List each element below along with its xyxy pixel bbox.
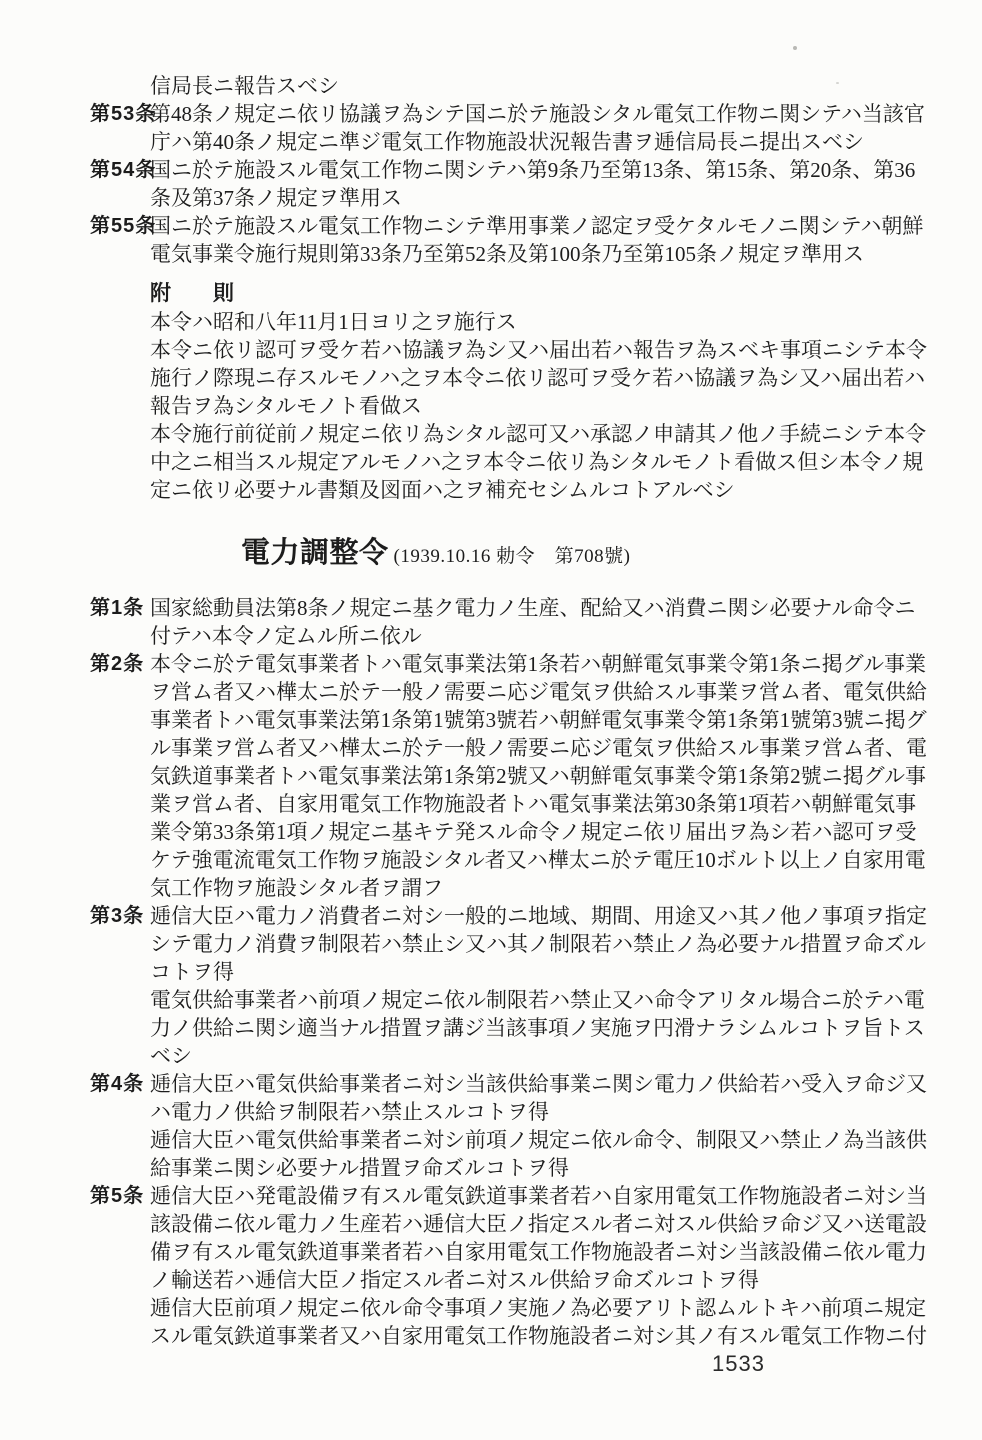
text-line: 庁ハ第40条ノ規定ニ準ジ電気工作物施設状況報告書ヲ逓信局長ニ提出スベシ	[150, 128, 982, 156]
scan-speck	[836, 82, 839, 84]
article-body: 逓信大臣ハ電力ノ消費者ニ対シ一般的ニ地域、期間、用途又ハ其ノ他ノ事項ヲ指定シテ電…	[150, 902, 982, 1070]
article-body: 国ニ於テ施設スル電気工作物ニシテ準用事業ノ認定ヲ受ケタルモノニ関シテハ朝鮮電気事…	[150, 212, 982, 268]
text-line: 気鉄道事業者トハ電気事業法第1条第2號又ハ朝鮮電気事業令第1条第2號ニ掲グル事	[150, 762, 982, 790]
article-body: 国ニ於テ施設スル電気工作物ニ関シテハ第9条乃至第13条、第15条、第20条、第3…	[150, 156, 982, 212]
text-line: 力ノ供給ニ関シ適当ナル措置ヲ講ジ当該事項ノ実施ヲ円滑ナラシムルコトヲ旨トス	[150, 1014, 982, 1042]
text-line: 業ヲ営ム者、自家用電気工作物施設者トハ電気事業法第30条第1項若ハ朝鮮電気事	[150, 790, 982, 818]
text-line: 電気供給事業者ハ前項ノ規定ニ依ル制限若ハ禁止又ハ命令アリタル場合ニ於テハ電	[150, 986, 982, 1014]
supplement-section: 附 則 本令ハ昭和八年11月1日ヨリ之ヲ施行ス本令ニ依リ認可ヲ受ケ若ハ協議ヲ為シ…	[0, 280, 982, 504]
article-label: 第55条	[90, 212, 156, 240]
text-line: 逓信大臣ハ電気供給事業者ニ対シ当該供給事業ニ関シ電力ノ供給若ハ受入ヲ命ジ又	[150, 1070, 982, 1098]
text-line: 本令ハ昭和八年11月1日ヨリ之ヲ施行ス	[150, 308, 982, 336]
text-line: 逓信大臣ハ発電設備ヲ有スル電気鉄道事業者若ハ自家用電気工作物施設者ニ対シ当	[150, 1182, 982, 1210]
text-line: 備ヲ有スル電気鉄道事業者若ハ自家用電気工作物施設者ニ対シ当該設備ニ依ル電力	[150, 1238, 982, 1266]
article-label: 第53条	[90, 100, 156, 128]
article-label: 第3条	[90, 902, 144, 930]
article: 第55条国ニ於テ施設スル電気工作物ニシテ準用事業ノ認定ヲ受ケタルモノニ関シテハ朝…	[0, 212, 982, 268]
text-line: 中之ニ相当スル規定アルモノハ之ヲ本令ニ依リ為シタルモノト看做ス但シ本令ノ規	[150, 448, 982, 476]
text-line: 報告ヲ為シタルモノト看做ス	[150, 392, 982, 420]
article: 第3条逓信大臣ハ電力ノ消費者ニ対シ一般的ニ地域、期間、用途又ハ其ノ他ノ事項ヲ指定…	[0, 902, 982, 1070]
text-line: 給事業ニ関シ必要ナル措置ヲ命ズルコトヲ得	[150, 1154, 982, 1182]
text-line: 該設備ニ依ル電力ノ生産若ハ逓信大臣ノ指定スル者ニ対スル供給ヲ命ジ又ハ送電設	[150, 1210, 982, 1238]
document-page: 信局長ニ報告スベシ第53条第48条ノ規定ニ依リ協議ヲ為シテ国ニ於テ施設シタル電気…	[0, 0, 982, 1440]
article: 第53条第48条ノ規定ニ依リ協議ヲ為シテ国ニ於テ施設シタル電気工作物ニ関シテハ当…	[0, 100, 982, 156]
article-label: 第4条	[90, 1070, 144, 1098]
article-label: 第2条	[90, 650, 144, 678]
article-body: 国家総動員法第8条ノ規定ニ基ク電力ノ生産、配給又ハ消費ニ関シ必要ナル命令ニ付テハ…	[150, 594, 982, 650]
law-title-row: 電力調整令 (1939.10.16 勅令 第708號)	[0, 530, 982, 576]
text-line: ル事業ヲ営ム者又ハ樺太ニ於テ一般ノ需要ニ応ジ電気ヲ供給スル事業ヲ営ム者、電	[150, 734, 982, 762]
text-line: スル電気鉄道事業者又ハ自家用電気工作物施設者ニ対シ其ノ有スル電気工作物ニ付	[150, 1322, 982, 1350]
article-body: 本令ニ於テ電気事業者トハ電気事業法第1条若ハ朝鮮電気事業令第1条ニ掲グル事業ヲ営…	[150, 650, 982, 902]
law-title: 電力調整令	[241, 530, 389, 571]
article: 第54条国ニ於テ施設スル電気工作物ニ関シテハ第9条乃至第13条、第15条、第20…	[0, 156, 982, 212]
law-text-block: 信局長ニ報告スベシ第53条第48条ノ規定ニ依リ協議ヲ為シテ国ニ於テ施設シタル電気…	[0, 0, 982, 1350]
article-body: 逓信大臣ハ発電設備ヲ有スル電気鉄道事業者若ハ自家用電気工作物施設者ニ対シ当該設備…	[150, 1182, 982, 1350]
text-line: 気工作物ヲ施設シタル者ヲ謂フ	[150, 874, 982, 902]
text-line: ヲ営ム者又ハ樺太ニ於テ一般ノ需要ニ応ジ電気ヲ供給スル事業ヲ営ム者、電気供給	[150, 678, 982, 706]
text-line: ベシ	[150, 1042, 982, 1070]
text-line: 事業者トハ電気事業法第1条第1號第3號若ハ朝鮮電気事業令第1条第1號第3號ニ掲グ	[150, 706, 982, 734]
article: 第4条逓信大臣ハ電気供給事業者ニ対シ当該供給事業ニ関シ電力ノ供給若ハ受入ヲ命ジ又…	[0, 1070, 982, 1182]
text-line: 逓信大臣ハ電気供給事業者ニ対シ前項ノ規定ニ依ル命令、制限又ハ禁止ノ為当該供	[150, 1126, 982, 1154]
article-label: 第5条	[90, 1182, 144, 1210]
article-label: 第1条	[90, 594, 144, 622]
article: 第5条逓信大臣ハ発電設備ヲ有スル電気鉄道事業者若ハ自家用電気工作物施設者ニ対シ当…	[0, 1182, 982, 1350]
text-line: 業令第33条第1項ノ規定ニ基キテ発スル命令ノ規定ニ依リ届出ヲ為シ若ハ認可ヲ受	[150, 818, 982, 846]
text-line: 国家総動員法第8条ノ規定ニ基ク電力ノ生産、配給又ハ消費ニ関シ必要ナル命令ニ	[150, 594, 982, 622]
article: 第2条本令ニ於テ電気事業者トハ電気事業法第1条若ハ朝鮮電気事業令第1条ニ掲グル事…	[0, 650, 982, 902]
article: 信局長ニ報告スベシ	[0, 72, 982, 100]
article-label: 第54条	[90, 156, 156, 184]
text-line: 逓信大臣ハ電力ノ消費者ニ対シ一般的ニ地域、期間、用途又ハ其ノ他ノ事項ヲ指定	[150, 902, 982, 930]
text-line: 施行ノ際現ニ存スルモノハ之ヲ本令ニ依リ認可ヲ受ケ若ハ協議ヲ為シ又ハ届出若ハ	[150, 364, 982, 392]
text-line: 信局長ニ報告スベシ	[150, 72, 982, 100]
text-line: 本令ニ依リ認可ヲ受ケ若ハ協議ヲ為シ又ハ届出若ハ報告ヲ為スベキ事項ニシテ本令	[150, 336, 982, 364]
text-line: シテ電力ノ消費ヲ制限若ハ禁止シ又ハ其ノ制限若ハ禁止ノ為必要ナル措置ヲ命ズル	[150, 930, 982, 958]
article: 第1条国家総動員法第8条ノ規定ニ基ク電力ノ生産、配給又ハ消費ニ関シ必要ナル命令ニ…	[0, 594, 982, 650]
law-articles: 第1条国家総動員法第8条ノ規定ニ基ク電力ノ生産、配給又ハ消費ニ関シ必要ナル命令ニ…	[0, 594, 982, 1350]
law-title-note: (1939.10.16 勅令 第708號)	[394, 541, 631, 568]
text-line: 電気事業令施行規則第33条乃至第52条及第100条乃至第105条ノ規定ヲ準用ス	[150, 240, 982, 268]
scan-speck	[793, 46, 797, 50]
page-number: 1533	[712, 1351, 765, 1377]
article-body: 逓信大臣ハ電気供給事業者ニ対シ当該供給事業ニ関シ電力ノ供給若ハ受入ヲ命ジ又ハ電力…	[150, 1070, 982, 1182]
text-line: 逓信大臣前項ノ規定ニ依ル命令事項ノ実施ノ為必要アリト認ムルトキハ前項ニ規定	[150, 1294, 982, 1322]
text-line: 本令施行前従前ノ規定ニ依リ為シタル認可又ハ承認ノ申請其ノ他ノ手続ニシテ本令	[150, 420, 982, 448]
supplement-heading: 附 則	[150, 280, 982, 308]
text-line: 本令ニ於テ電気事業者トハ電気事業法第1条若ハ朝鮮電気事業令第1条ニ掲グル事業	[150, 650, 982, 678]
text-line: ケテ強電流電気工作物ヲ施設シタル者又ハ樺太ニ於テ電圧10ボルト以上ノ自家用電	[150, 846, 982, 874]
text-line: 定ニ依リ必要ナル書類及図面ハ之ヲ補充セシムルコトアルベシ	[150, 476, 982, 504]
text-line: 国ニ於テ施設スル電気工作物ニシテ準用事業ノ認定ヲ受ケタルモノニ関シテハ朝鮮	[150, 212, 982, 240]
previous-law-articles: 信局長ニ報告スベシ第53条第48条ノ規定ニ依リ協議ヲ為シテ国ニ於テ施設シタル電気…	[0, 72, 982, 268]
text-line: コトヲ得	[150, 958, 982, 986]
text-line: ハ電力ノ供給ヲ制限若ハ禁止スルコトヲ得	[150, 1098, 982, 1126]
article-body: 第48条ノ規定ニ依リ協議ヲ為シテ国ニ於テ施設シタル電気工作物ニ関シテハ当該官庁ハ…	[150, 100, 982, 156]
text-line: 国ニ於テ施設スル電気工作物ニ関シテハ第9条乃至第13条、第15条、第20条、第3…	[150, 156, 982, 184]
text-line: 付テハ本令ノ定ムル所ニ依ル	[150, 622, 982, 650]
text-line: ノ輸送若ハ逓信大臣ノ指定スル者ニ対スル供給ヲ命ズルコトヲ得	[150, 1266, 982, 1294]
text-line: 第48条ノ規定ニ依リ協議ヲ為シテ国ニ於テ施設シタル電気工作物ニ関シテハ当該官	[150, 100, 982, 128]
text-line: 条及第37条ノ規定ヲ準用ス	[150, 184, 982, 212]
supplement-lines: 本令ハ昭和八年11月1日ヨリ之ヲ施行ス本令ニ依リ認可ヲ受ケ若ハ協議ヲ為シ又ハ届出…	[150, 308, 982, 504]
article-body: 信局長ニ報告スベシ	[150, 72, 982, 100]
